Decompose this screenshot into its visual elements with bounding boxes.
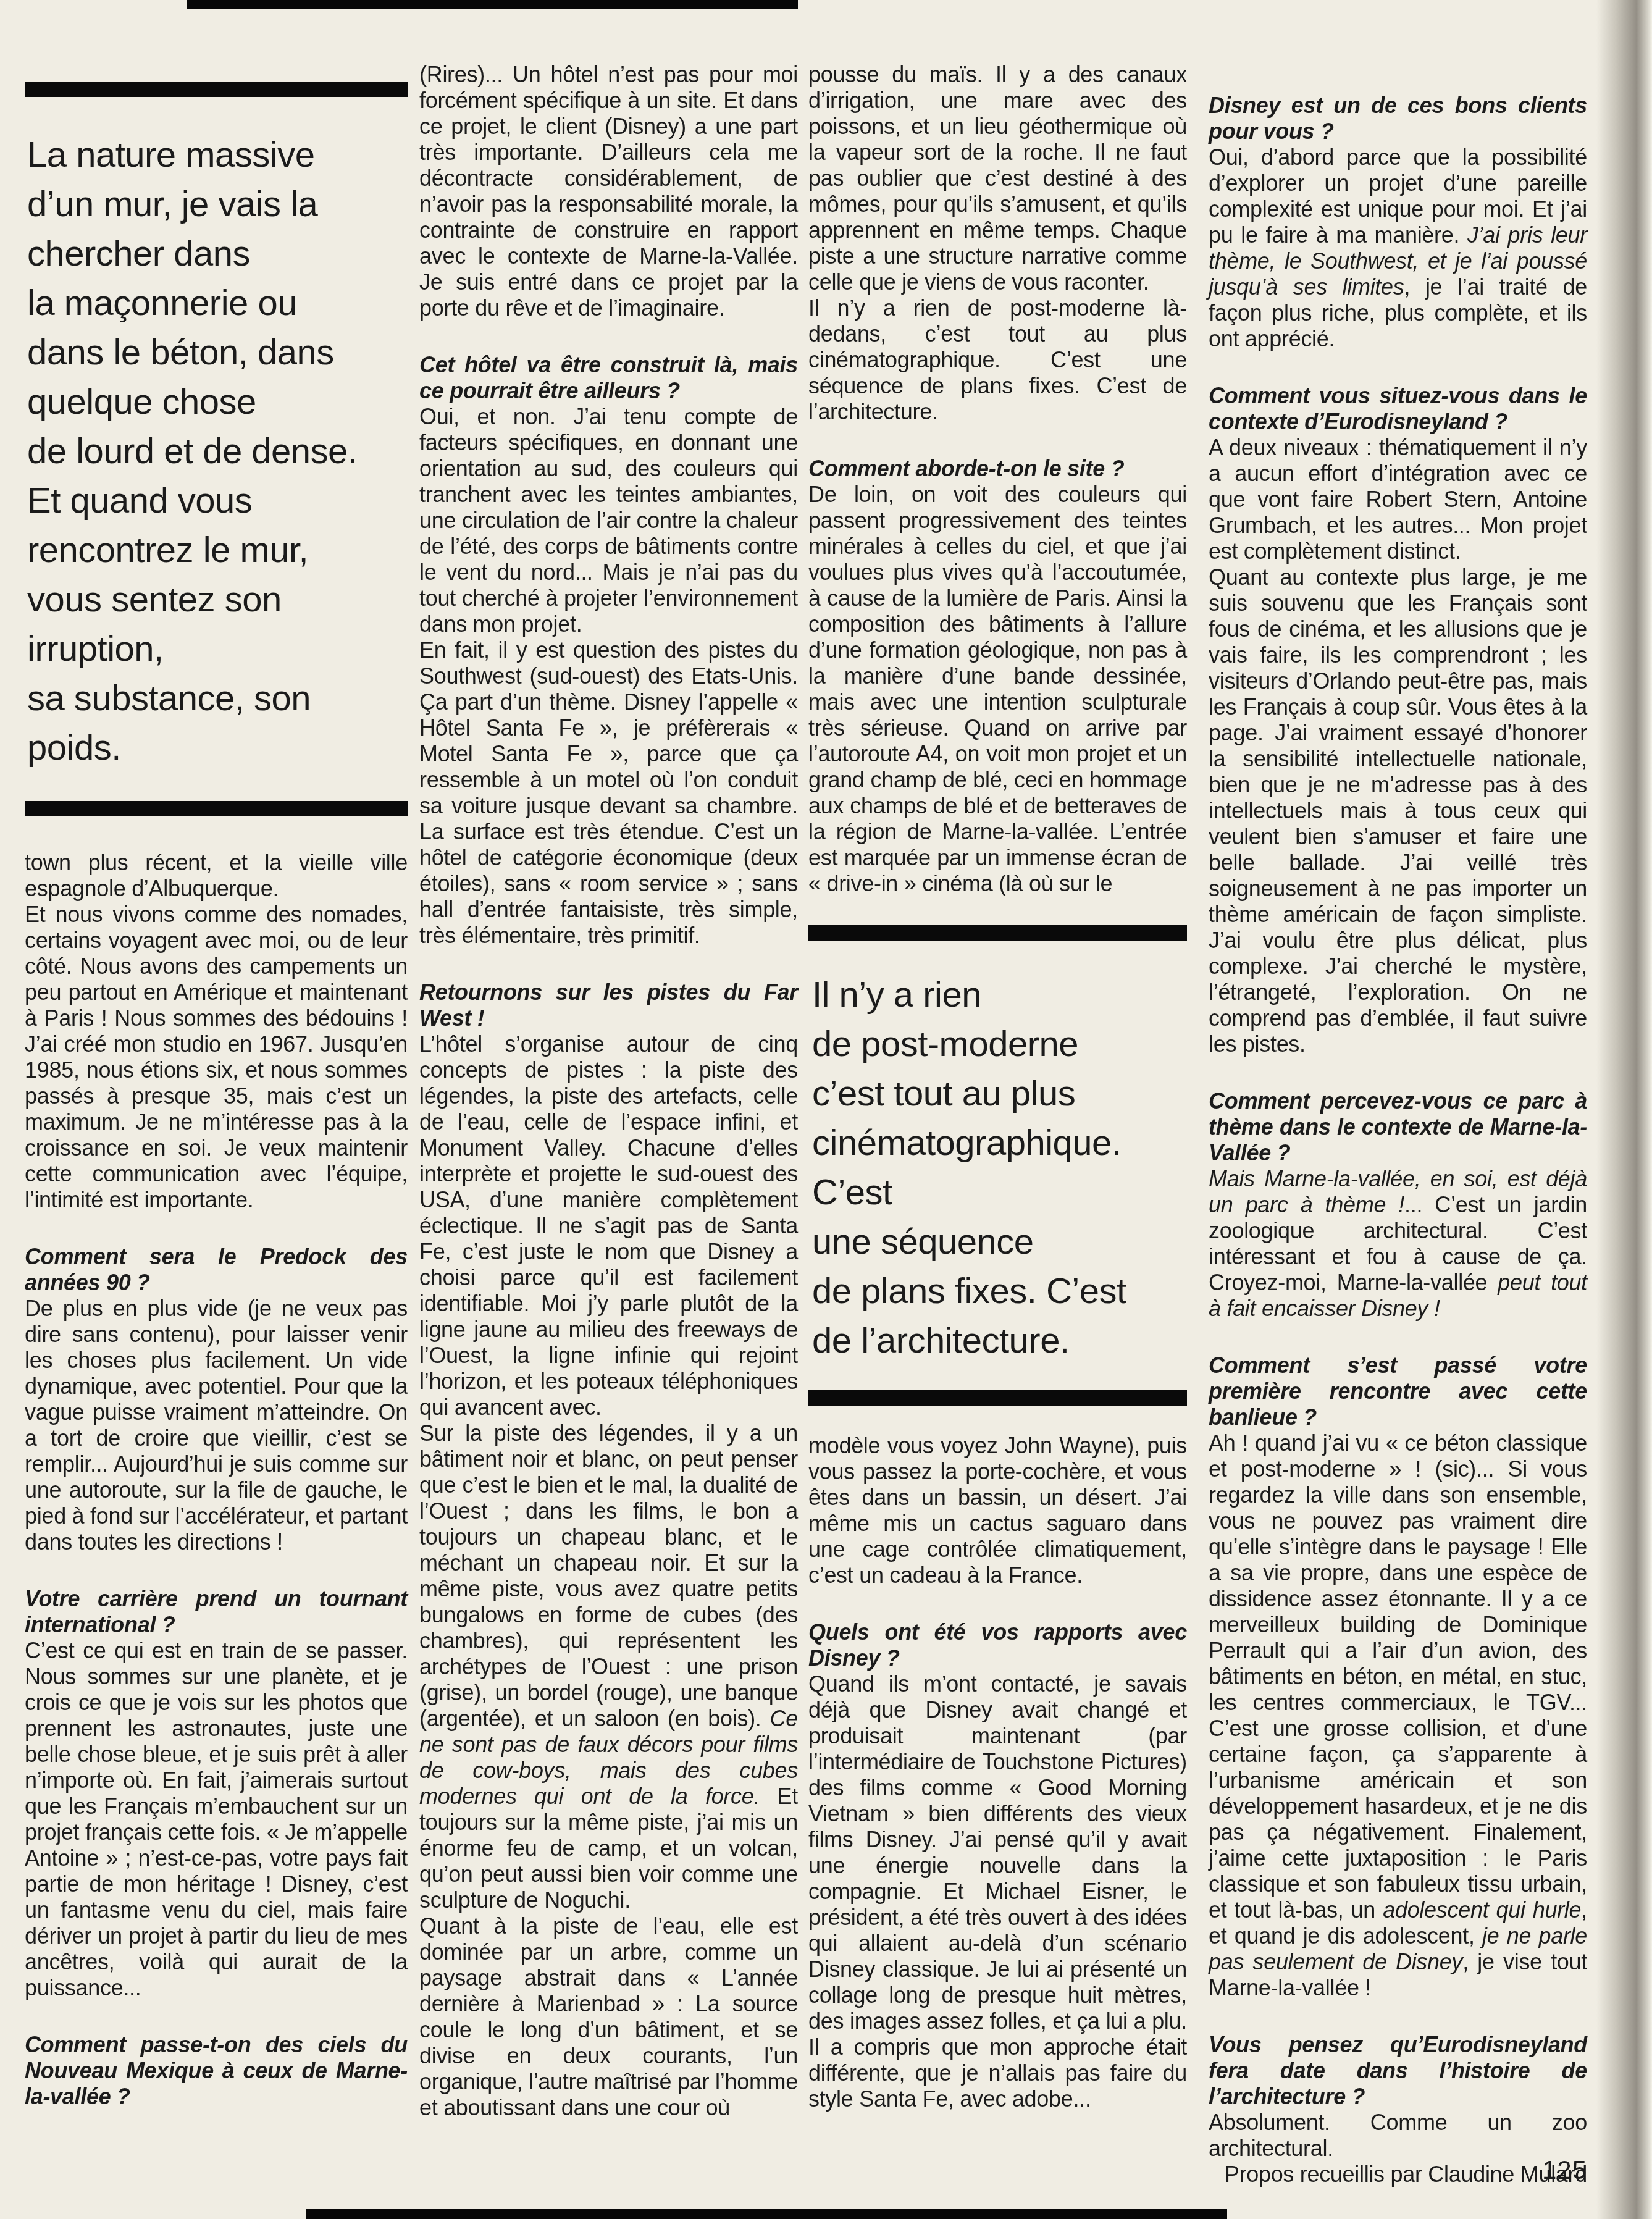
column-2: (Rires)... Un hôtel n’est pas pour moi f… (419, 62, 798, 2121)
interview-answer: Ah ! quand j’ai vu « ce béton classique … (1209, 1430, 1587, 2001)
interview-answer: Absolument. Comme un zoo architectural. (1209, 2110, 1587, 2162)
interview-question: Quels ont été vos rapports avec Disney ? (808, 1619, 1187, 1671)
interview-answer: C’est ce qui est en train de se passer. … (25, 1638, 408, 2001)
divider (808, 1390, 1187, 1406)
magazine-page: La nature massive d’un mur, je vais la c… (0, 0, 1652, 2219)
paragraph: Et nous vivons comme des nomades, certai… (25, 902, 408, 1213)
interview-question: Disney est un de ces bons clients pour v… (1209, 93, 1587, 145)
interview-answer: Mais Marne-la-vallée, en soi, est déjà u… (1209, 1166, 1587, 1322)
paragraph: pousse du maïs. Il y a des canaux d’irri… (808, 62, 1187, 295)
pull-quote: La nature massive d’un mur, je vais la c… (25, 97, 408, 801)
pull-quote: Il n’y a rien de post-moderne c’est tout… (808, 941, 1187, 1390)
interview-question: Comment s’est passé votre première renco… (1209, 1353, 1587, 1430)
interview-answer: De loin, on voit des couleurs qui passen… (808, 482, 1187, 897)
column-1: La nature massive d’un mur, je vais la c… (25, 82, 408, 2110)
divider (25, 801, 408, 816)
interview-question: Comment sera le Predock des années 90 ? (25, 1244, 408, 1296)
interview-question: Comment passe-t-on des ciels du Nouveau … (25, 2032, 408, 2110)
interview-question: Retournons sur les pistes du Far West ! (419, 979, 798, 1031)
interview-answer: L’hôtel s’organise autour de cinq concep… (419, 1031, 798, 1420)
page-edge-shadow (1596, 0, 1652, 2219)
paragraph: town plus récent, et la vieille ville es… (25, 850, 408, 902)
interview-question: Comment vous situez-vous dans le context… (1209, 383, 1587, 435)
interview-answer: Sur la piste des légendes, il y a un bât… (419, 1420, 798, 1913)
column-1-body: town plus récent, et la vieille ville es… (25, 850, 408, 2110)
pull-quote-box-middle: Il n’y a rien de post-moderne c’est tout… (808, 925, 1187, 1406)
interview-answer: De plus en plus vide (je ne veux pas dir… (25, 1296, 408, 1555)
column-3: pousse du maïs. Il y a des canaux d’irri… (808, 62, 1187, 2112)
page-number: 125 (1513, 2155, 1587, 2185)
column-4: Disney est un de ces bons clients pour v… (1209, 62, 1587, 2188)
interview-answer: En fait, il y est question des pistes du… (419, 637, 798, 949)
interview-answer: A deux niveaux : thématiquement il n’y a… (1209, 435, 1587, 564)
pull-quote-box-top: La nature massive d’un mur, je vais la c… (25, 82, 408, 816)
paragraph: (Rires)... Un hôtel n’est pas pour moi f… (419, 62, 798, 321)
interview-answer: Oui, et non. J’ai tenu compte de facteur… (419, 404, 798, 637)
interview-question: Cet hôtel va être construit là, mais ce … (419, 352, 798, 404)
interview-answer: Quand ils m’ont contacté, je savais déjà… (808, 1671, 1187, 2112)
paragraph: modèle vous voyez John Wayne), puis vous… (808, 1433, 1187, 1588)
scan-artifact-bottom (306, 2209, 1227, 2219)
interview-question: Vous pensez qu’Eurodisneyland fera date … (1209, 2032, 1587, 2110)
interview-question: Comment percevez-vous ce parc à thème da… (1209, 1088, 1587, 1166)
interview-answer: Oui, d’abord parce que la possibilité d’… (1209, 145, 1587, 352)
paragraph: Il n’y a rien de post-moderne là-dedans,… (808, 295, 1187, 425)
interview-question: Votre carrière prend un tournant interna… (25, 1586, 408, 1638)
interview-answer: Quant au contexte plus large, je me suis… (1209, 564, 1587, 1057)
scan-artifact-top (187, 0, 798, 9)
divider (25, 82, 408, 97)
interview-answer: Quant à la piste de l’eau, elle est domi… (419, 1913, 798, 2121)
interview-question: Comment aborde-t-on le site ? (808, 456, 1187, 482)
divider (808, 925, 1187, 941)
